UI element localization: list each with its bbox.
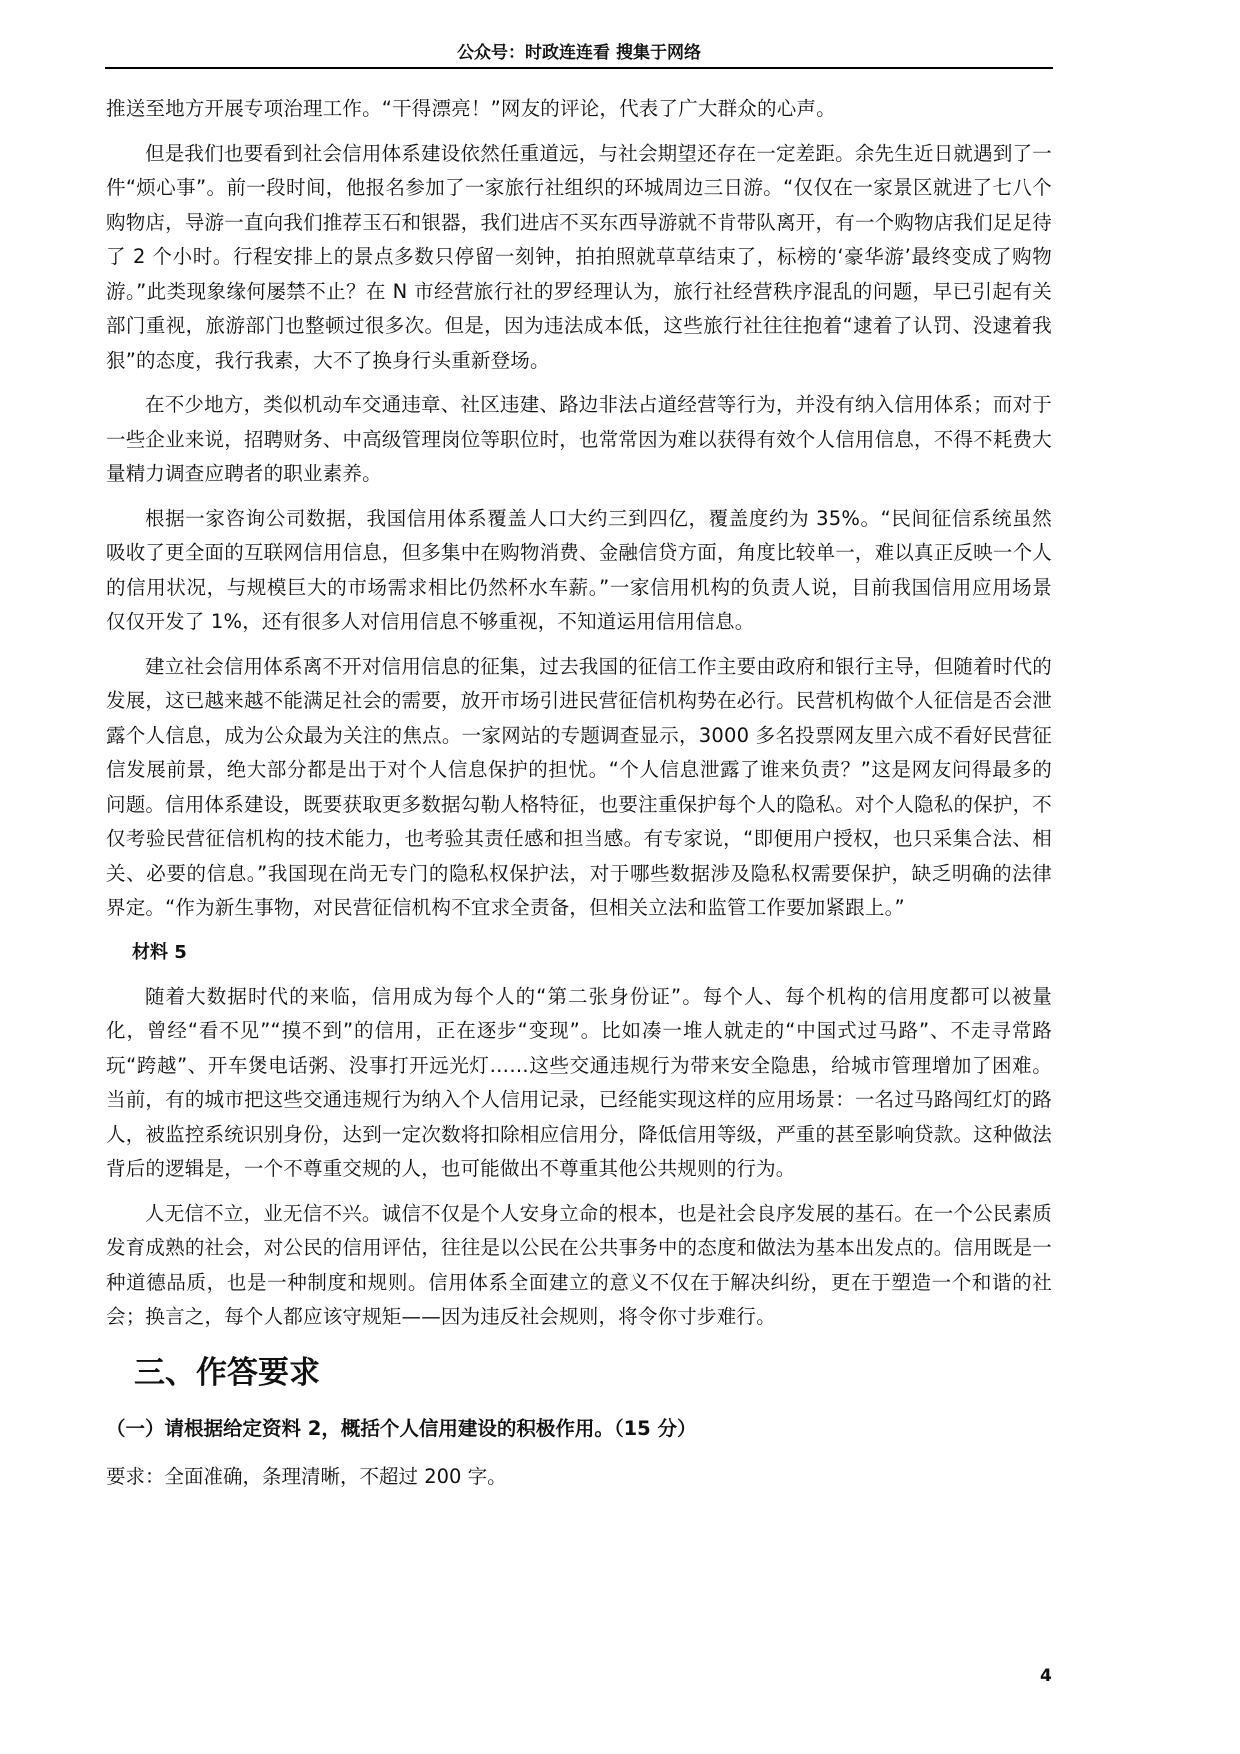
header-rule bbox=[105, 67, 1053, 69]
paragraph: 在不少地方，类似机动车交通违章、社区违建、路边非法占道经营等行为，并没有纳入信用… bbox=[106, 388, 1052, 492]
question-1: （一）请根据给定资料 2，概括个人信用建设的积极作用。（15 分） bbox=[106, 1409, 1052, 1449]
paragraph: 建立社会信用体系离不开对信用信息的征集，过去我国的征信工作主要由政府和银行主导，… bbox=[106, 650, 1052, 926]
document-body: 推送至地方开展专项治理工作。“干得漂亮！”网友的评论，代表了广大群众的心声。 但… bbox=[106, 92, 1052, 1497]
paragraph: 推送至地方开展专项治理工作。“干得漂亮！”网友的评论，代表了广大群众的心声。 bbox=[106, 92, 1052, 127]
page-header: 公众号：时政连连看 搜集于网络 bbox=[105, 38, 1053, 63]
page-number: 4 bbox=[1040, 1666, 1052, 1686]
section-heading: 三、作答要求 bbox=[134, 1345, 1052, 1401]
paragraph: 人无信不立，业无信不兴。诚信不仅是个人安身立命的根本，也是社会良序发展的基石。在… bbox=[106, 1197, 1052, 1335]
paragraph: 但是我们也要看到社会信用体系建设依然任重道远，与社会期望还存在一定差距。余先生近… bbox=[106, 137, 1052, 379]
requirement-text: 要求：全面准确，条理清晰，不超过 200 字。 bbox=[106, 1457, 1052, 1497]
paragraph: 根据一家咨询公司数据，我国信用体系覆盖人口大约三到四亿，覆盖度约为 35%。“民… bbox=[106, 502, 1052, 640]
paragraph: 随着大数据时代的来临，信用成为每个人的“第二张身份证”。每个人、每个机构的信用度… bbox=[106, 980, 1052, 1187]
material-5-heading: 材料 5 bbox=[132, 936, 1052, 970]
